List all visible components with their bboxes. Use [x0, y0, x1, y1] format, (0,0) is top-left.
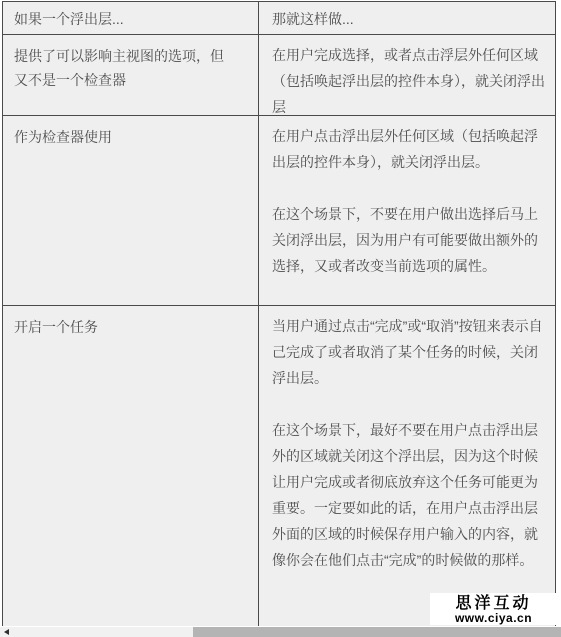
row-condition-cell: 作为检查器使用	[3, 116, 259, 305]
table-row: 作为检查器使用 在用户点击浮出层外任何区域（包括唤起浮出层的控件本身），就关闭浮…	[3, 116, 555, 306]
action-paragraph: 在这个场景下，不要在用户做出选择后马上关闭浮出层，因为用户有可能要做出额外的选择…	[272, 201, 545, 279]
row-action-cell: 在用户点击浮出层外任何区域（包括唤起浮出层的控件本身），就关闭浮出层。 在这个场…	[259, 116, 555, 305]
horizontal-scrollbar[interactable]	[0, 627, 561, 637]
action-paragraph: 在这个场景下，最好不要在用户点击浮出层外的区域就关闭这个浮出层，因为这个时候让用…	[272, 417, 545, 573]
column-header-action: 那就这样做...	[259, 2, 555, 34]
action-paragraph: 在用户完成选择，或者点击浮层外任何区域（包括唤起浮出层的控件本身），就关闭浮出层	[272, 42, 545, 120]
action-paragraph: 当用户通过点击“完成”或“取消”按钮来表示自己完成了或者取消了某个任务的时候，关…	[272, 313, 545, 391]
row-condition-cell: 提供了可以影响主视图的选项，但又不是一个检查器	[3, 35, 259, 115]
column-header-condition: 如果一个浮出层...	[3, 2, 259, 34]
page: 如果一个浮出层... 那就这样做... 提供了可以影响主视图的选项，但又不是一个…	[0, 0, 561, 637]
row-condition-cell: 开启一个任务	[3, 306, 259, 626]
watermark-logo: 思洋互动 www.ciya.cn	[430, 593, 557, 625]
watermark-title: 思洋互动	[430, 593, 557, 612]
popover-guidelines-table: 如果一个浮出层... 那就这样做... 提供了可以影响主视图的选项，但又不是一个…	[2, 1, 556, 626]
action-paragraph: 在用户点击浮出层外任何区域（包括唤起浮出层的控件本身），就关闭浮出层。	[272, 123, 545, 175]
scroll-left-arrow-icon[interactable]	[4, 629, 9, 635]
table-header-row: 如果一个浮出层... 那就这样做...	[3, 2, 555, 35]
table-row: 开启一个任务 当用户通过点击“完成”或“取消”按钮来表示自己完成了或者取消了某个…	[3, 306, 555, 626]
row-action-cell: 在用户完成选择，或者点击浮层外任何区域（包括唤起浮出层的控件本身），就关闭浮出层	[259, 35, 555, 115]
scrollbar-thumb[interactable]	[193, 627, 561, 637]
row-action-cell: 当用户通过点击“完成”或“取消”按钮来表示自己完成了或者取消了某个任务的时候，关…	[259, 306, 555, 626]
table-row: 提供了可以影响主视图的选项，但又不是一个检查器 在用户完成选择，或者点击浮层外任…	[3, 35, 555, 116]
watermark-url: www.ciya.cn	[430, 612, 557, 624]
